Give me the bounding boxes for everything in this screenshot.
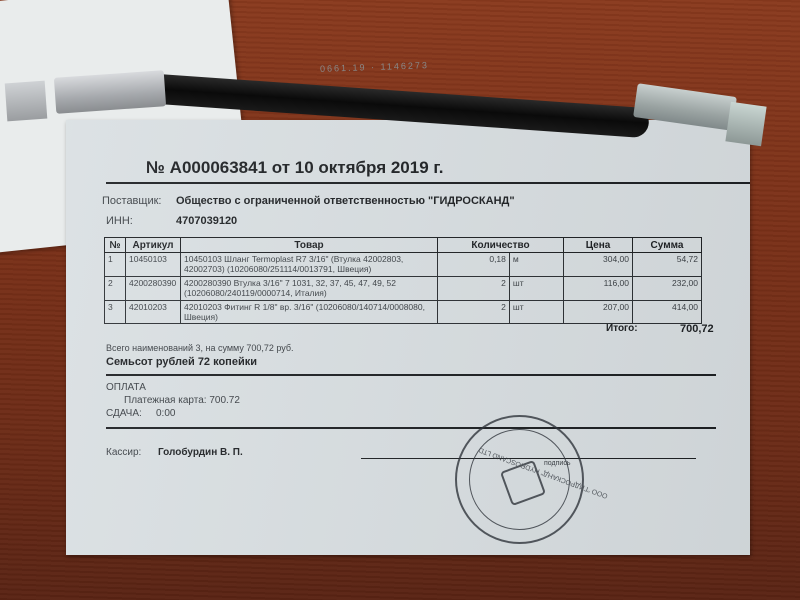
col-header-price: Цена <box>564 238 633 253</box>
cell-article: 4200280390 <box>126 277 181 301</box>
cell-qty: 2 <box>438 277 510 301</box>
cell-price: 304,00 <box>564 253 633 277</box>
payment-label: ОПЛАТА <box>106 382 146 393</box>
company-stamp: ООО "ГИДРОСКАНД" HYDROSCAND LTD <box>455 415 584 544</box>
col-header-item: Товар <box>181 238 438 253</box>
hose-fitting-left <box>54 70 166 114</box>
table-row: 3 42010203 42010203 Фитинг R 1/8" вр. 3/… <box>105 301 702 324</box>
cell-number: 2 <box>105 277 126 301</box>
col-header-number: № <box>105 238 126 253</box>
cell-qty: 2 <box>438 301 510 324</box>
cell-item: 4200280390 Втулка 3/16" 7 1031, 32, 37, … <box>181 277 438 301</box>
col-header-quantity: Количество <box>438 238 564 253</box>
cell-number: 1 <box>105 253 126 277</box>
total-label: Итого: <box>606 323 638 334</box>
cell-sum: 414,00 <box>633 301 702 324</box>
divider <box>106 427 716 429</box>
amount-in-words: Семьсот рублей 72 копейки <box>106 356 257 368</box>
cell-sum: 54,72 <box>633 253 702 277</box>
cell-item: 10450103 Шланг Termoplast R7 3/16" (Втул… <box>181 253 438 277</box>
change-value: 0:00 <box>156 408 175 419</box>
table-row: 2 4200280390 4200280390 Втулка 3/16" 7 1… <box>105 277 702 301</box>
table-header-row: № Артикул Товар Количество Цена Сумма <box>105 238 702 253</box>
inn-label: ИНН: <box>106 215 133 227</box>
summary-line: Всего наименований 3, на сумму 700,72 ру… <box>106 343 294 353</box>
cell-price: 207,00 <box>564 301 633 324</box>
receipt-document: № А000063841 от 10 октября 2019 г. Поста… <box>66 120 750 555</box>
cell-price: 116,00 <box>564 277 633 301</box>
col-header-article: Артикул <box>126 238 181 253</box>
cell-article: 10450103 <box>126 253 181 277</box>
cell-unit: м <box>509 253 563 277</box>
payment-card: Платежная карта: 700.72 <box>124 395 240 406</box>
cell-unit: шт <box>509 301 563 324</box>
hex-nut-left <box>5 81 48 122</box>
receipt-title: № А000063841 от 10 октября 2019 г. <box>146 158 444 178</box>
cell-item: 42010203 Фитинг R 1/8" вр. 3/16" (102060… <box>181 301 438 324</box>
cell-qty: 0,18 <box>438 253 510 277</box>
table-row: 1 10450103 10450103 Шланг Termoplast R7 … <box>105 253 702 277</box>
hex-nut-right <box>725 102 766 147</box>
col-header-sum: Сумма <box>633 238 702 253</box>
cell-sum: 232,00 <box>633 277 702 301</box>
items-table: № Артикул Товар Количество Цена Сумма 1 … <box>104 237 702 324</box>
divider <box>106 374 716 376</box>
title-divider <box>106 182 750 184</box>
total-value: 700,72 <box>680 323 714 335</box>
cell-unit: шт <box>509 277 563 301</box>
cell-number: 3 <box>105 301 126 324</box>
inn-value: 4707039120 <box>176 215 237 227</box>
cashier-label: Кассир: <box>106 447 141 458</box>
change-label: СДАЧА: <box>106 408 142 419</box>
cashier-name: Голобурдин В. П. <box>158 447 243 458</box>
supplier-value: Общество с ограниченной ответственностью… <box>176 195 515 207</box>
supplier-label: Поставщик: <box>102 195 161 207</box>
cell-article: 42010203 <box>126 301 181 324</box>
